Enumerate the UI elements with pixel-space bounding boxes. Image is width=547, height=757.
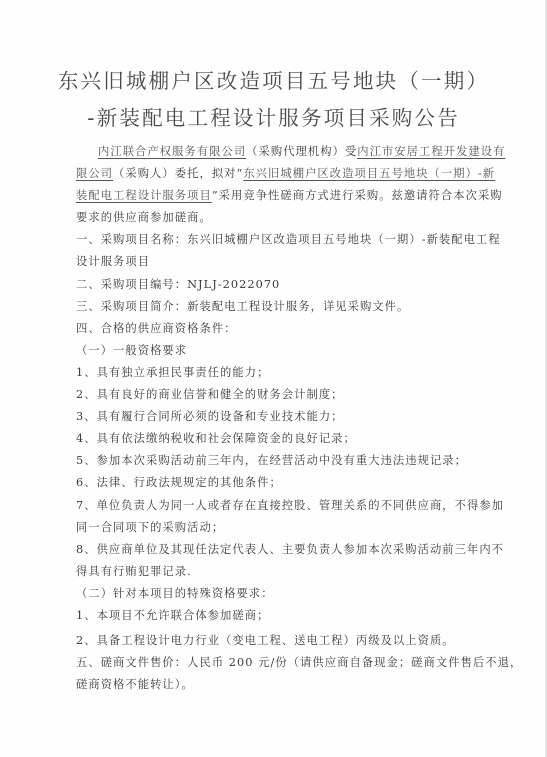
- section-3: 三、采购项目简介：新装配电工程设计服务，详见采购文件。: [76, 296, 460, 318]
- document-title-line-2: -新装配电工程设计服务项目采购公告: [0, 101, 547, 131]
- intro-line-3: 装配电工程设计服务项目”采用竞争性磋商方式进行采购。兹邀请符合本次采购: [76, 185, 460, 207]
- section-1-line-2: 设计服务项目: [76, 251, 460, 273]
- general-item-4: 4、具有依法缴纳税收和社会保障资金的良好记录；: [76, 428, 460, 450]
- section-4: 四、合格的供应商资格条件：: [76, 318, 460, 340]
- section-5-line-2: 磋商资格不能转让）。: [76, 674, 460, 696]
- general-item-8-line-2: 得具有行贿犯罪记录.: [76, 561, 460, 583]
- section-5-line-1: 五、磋商文件售价：人民币 200 元/份（请供应商自备现金；磋商文件售后不退，: [76, 652, 460, 674]
- purchaser-name-part1: 内江市安居工程开发建设有: [357, 145, 505, 158]
- document-body: 内江联合产权服务有限公司（采购代理机构）受内江市安居工程开发建设有 限公司（采购…: [76, 141, 460, 696]
- general-item-1: 1、具有独立承担民事责任的能力；: [76, 362, 460, 384]
- general-item-8-line-1: 8、供应商单位及其现任法定代表人、主要负责人参加本次采购活动前三年内不: [76, 539, 460, 561]
- general-item-2: 2、具有良好的商业信誉和健全的财务会计制度；: [76, 384, 460, 406]
- intro-line-4: 要求的供应商参加磋商。: [76, 207, 460, 229]
- general-item-7-line-2: 同一合同项下的采购活动；: [76, 517, 460, 539]
- document-title-line-1: 东兴旧城棚户区改造项目五号地块（一期）: [0, 64, 547, 94]
- intro-line-1: 内江联合产权服务有限公司（采购代理机构）受内江市安居工程开发建设有: [76, 141, 460, 163]
- general-item-3: 3、具有履行合同所必须的设备和专业技术能力；: [76, 406, 460, 428]
- intro-tail: ”采用竞争性磋商方式进行采购。兹邀请符合本次采购: [212, 189, 503, 202]
- agency-role: （采购代理机构）受: [246, 145, 357, 158]
- agency-name: 内江联合产权服务有限公司: [98, 145, 246, 158]
- purchaser-name-part2: 限公司: [76, 167, 113, 180]
- general-requirements-heading: （一）一般资格要求: [76, 340, 460, 362]
- special-item-1: 1、本项目不允许联合体参加磋商；: [76, 605, 460, 627]
- project-name-part2: 装配电工程设计服务项目: [76, 189, 212, 202]
- purchaser-role: （采购人）委托，拟对“: [113, 167, 243, 180]
- section-1-line-1: 一、采购项目名称：东兴旧城棚户区改造项目五号地块（一期）-新装配电工程: [76, 229, 460, 251]
- special-item-2: 2、具备工程设计电力行业（变电工程、送电工程）丙级及以上资质。: [76, 630, 460, 652]
- general-item-6: 6、法律、行政法规规定的其他条件；: [76, 472, 460, 494]
- intro-line-2: 限公司（采购人）委托，拟对“东兴旧城棚户区改造项目五号地块（一期）-新: [76, 163, 460, 185]
- section-2: 二、采购项目编号：NJLJ-2022070: [76, 274, 460, 296]
- general-item-7-line-1: 7、单位负责人为同一人或者存在直接控股、管理关系的不同供应商，不得参加: [76, 495, 460, 517]
- general-item-5: 5、参加本次采购活动前三年内，在经营活动中没有重大违法违规记录；: [76, 450, 460, 472]
- project-name-part1: 东兴旧城棚户区改造项目五号地块（一期）-新: [243, 167, 495, 180]
- special-requirements-heading: （二）针对本项目的特殊资格要求：: [76, 583, 460, 605]
- document-page: 东兴旧城棚户区改造项目五号地块（一期） -新装配电工程设计服务项目采购公告 内江…: [0, 0, 547, 757]
